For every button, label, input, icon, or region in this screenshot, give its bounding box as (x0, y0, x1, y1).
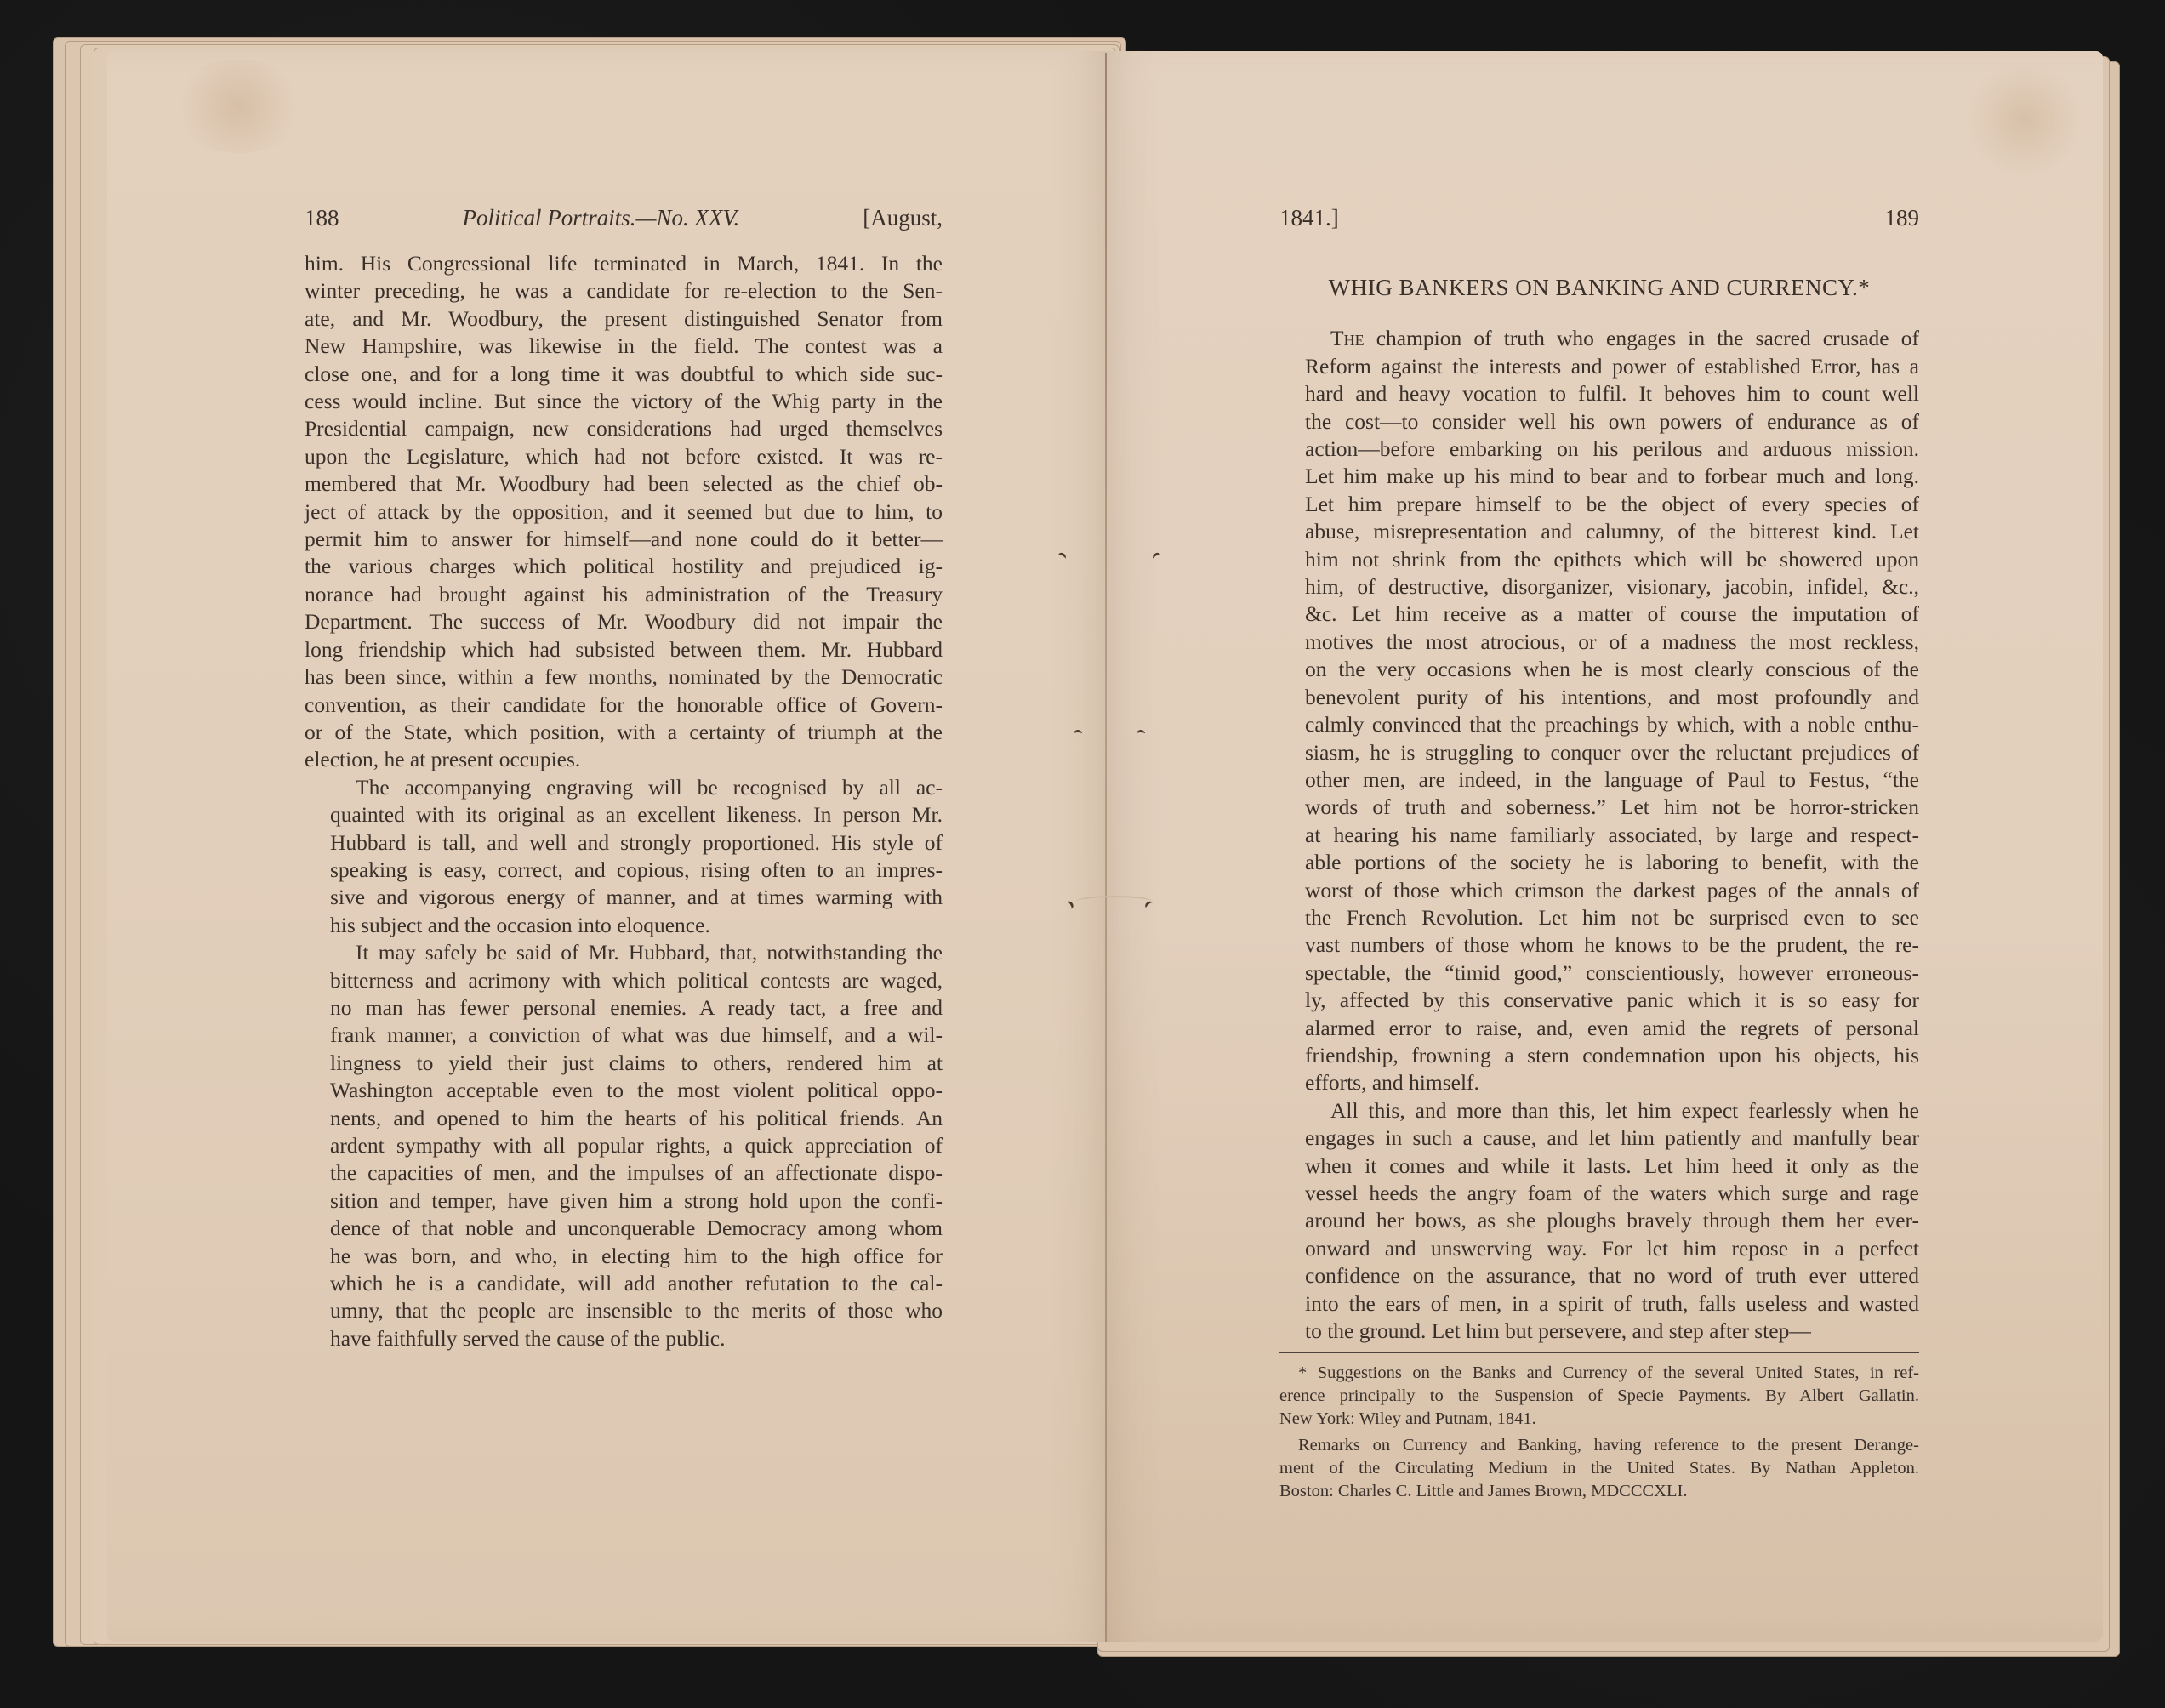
text-line: around her bows, as she ploughs bravely … (1279, 1207, 1919, 1234)
text-line: efforts, and himself. (1279, 1069, 1919, 1096)
text-line: winter preceding, he was a candidate for… (305, 277, 943, 305)
text-line: close one, and for a long time it was do… (305, 361, 943, 388)
text-line: Let him make up his mind to bear and to … (1279, 463, 1919, 490)
text-line: engages in such a cause, and let him pat… (1279, 1124, 1919, 1152)
text-line: election, he at present occupies. (305, 746, 943, 773)
text-line: have faithfully served the cause of the … (305, 1325, 943, 1352)
text-line: ject of attack by the opposition, and it… (305, 498, 943, 526)
text-line: vast numbers of those whom he knows to b… (1279, 931, 1919, 959)
footnotes: * Suggestions on the Banks and Currency … (1279, 1362, 1919, 1503)
footnote-line: erence principally to the Suspension of … (1279, 1385, 1919, 1408)
text-line: ly, affected by this conservative panic … (1279, 987, 1919, 1014)
text-line: into the ears of men, in a spirit of tru… (1279, 1290, 1919, 1318)
text-line: his subject and the occasion into eloque… (305, 912, 943, 939)
text-line: Presidential campaign, new consideration… (305, 415, 943, 442)
text-line: Reform against the interests and power o… (1279, 353, 1919, 380)
right-page-text: 1841.] 189 WHIG BANKERS ON BANKING AND C… (1279, 204, 1919, 1506)
text-line: has been since, within a few months, nom… (305, 663, 943, 691)
text-line: The accompanying engraving will be recog… (305, 774, 943, 801)
text-line: norance had brought against his administ… (305, 581, 943, 608)
text-line: vessel heeds the angry foam of the water… (1279, 1180, 1919, 1207)
text-line: permit him to answer for himself—and non… (305, 526, 943, 553)
footnote-entry: Remarks on Currency and Banking, having … (1279, 1434, 1919, 1503)
text-line: It may safely be said of Mr. Hubbard, th… (305, 939, 943, 966)
page-number: 189 (1885, 204, 1920, 231)
text-line: Washington acceptable even to the most v… (305, 1077, 943, 1104)
text-line: quainted with its original as an excelle… (305, 801, 943, 828)
binding-thread (1076, 896, 1153, 908)
running-head-right: 1841.] 189 (1279, 204, 1919, 238)
foxing-stain (1965, 60, 2084, 179)
right-body: The champion of truth who engages in the… (1279, 325, 1919, 1345)
text-line: him not shrink from the epithets which w… (1279, 546, 1919, 573)
text-line: All this, and more than this, let him ex… (1279, 1097, 1919, 1124)
text-line: onward and unswerving way. For let him r… (1279, 1235, 1919, 1262)
text-line: no man has fewer personal enemies. A rea… (305, 994, 943, 1022)
left-page-text: 188 Political Portraits.—No. XXV. [Augus… (305, 204, 943, 1352)
text-line: him, of destructive, disorganizer, visio… (1279, 573, 1919, 601)
text-line: upon the Legislature, which had not befo… (305, 443, 943, 470)
text-line: which he is a candidate, will add anothe… (305, 1270, 943, 1297)
page-number: 188 (305, 204, 339, 231)
text-line: worst of those which crimson the darkest… (1279, 877, 1919, 904)
left-body: him. His Congressional life terminated i… (305, 250, 943, 1352)
footnote-line: Remarks on Currency and Banking, having … (1279, 1434, 1919, 1457)
text-line: Let him prepare himself to be the object… (1279, 491, 1919, 518)
text-line: dence of that noble and unconquerable De… (305, 1215, 943, 1242)
paragraph: him. His Congressional life terminated i… (305, 250, 943, 774)
text-line: Hubbard is tall, and well and strongly p… (305, 829, 943, 857)
text-line: he was born, and who, in electing him to… (305, 1243, 943, 1270)
text-line: &c. Let him receive as a matter of cours… (1279, 601, 1919, 628)
text-line: nents, and opened to him the hearts of h… (305, 1105, 943, 1132)
text-line: convention, as their candidate for the h… (305, 692, 943, 719)
text-line: Department. The success of Mr. Woodbury … (305, 608, 943, 635)
paragraph: The accompanying engraving will be recog… (305, 774, 943, 939)
running-date: [August, (863, 204, 943, 231)
paragraph: All this, and more than this, let him ex… (1279, 1097, 1919, 1346)
text-line: ardent sympathy with all popular rights,… (305, 1132, 943, 1159)
text-line: alarmed error to raise, and, even amid t… (1279, 1015, 1919, 1042)
footnote-entry: * Suggestions on the Banks and Currency … (1279, 1362, 1919, 1431)
text-line: on the very occasions when he is most cl… (1279, 656, 1919, 683)
text-line: abuse, misrepresentation and calumny, of… (1279, 518, 1919, 545)
text-line: umny, that the people are insensible to … (305, 1297, 943, 1324)
text-line: the various charges which political host… (305, 553, 943, 580)
article-title: WHIG BANKERS ON BANKING AND CURRENCY.* (1279, 274, 1919, 301)
drop-smallcaps: The (1330, 326, 1365, 350)
text-line: able portions of the society he is labor… (1279, 849, 1919, 876)
text-line: benevolent purity of his intentions, and… (1279, 684, 1919, 711)
paragraph: It may safely be said of Mr. Hubbard, th… (305, 939, 943, 1352)
text-line: action—before embarking on his perilous … (1279, 436, 1919, 463)
text-line: siasm, he is struggling to conquer over … (1279, 739, 1919, 766)
text-line: speaking is easy, correct, and copious, … (305, 857, 943, 884)
foxing-stain (170, 60, 306, 153)
text-line: frank manner, a conviction of what was d… (305, 1022, 943, 1049)
text-line: at hearing his name familiarly associate… (1279, 822, 1919, 849)
text-line: or of the State, which position, with a … (305, 719, 943, 746)
text-line: words of truth and soberness.” Let him n… (1279, 794, 1919, 821)
footnote-rule (1279, 1352, 1919, 1353)
paragraph: The champion of truth who engages in the… (1279, 325, 1919, 1096)
text-line: him. His Congressional life terminated i… (305, 250, 943, 277)
text-line: long friendship which had subsisted betw… (305, 636, 943, 663)
footnote-line: New York: Wiley and Putnam, 1841. (1279, 1408, 1919, 1431)
text-line: membered that Mr. Woodbury had been sele… (305, 470, 943, 498)
text-line: sive and vigorous energy of manner, and … (305, 884, 943, 911)
text-line: the cost—to consider well his own powers… (1279, 408, 1919, 436)
binding-stitch (1074, 730, 1082, 737)
footnote-line: Boston: Charles C. Little and James Brow… (1279, 1480, 1919, 1503)
text-line: lingness to yield their just claims to o… (305, 1050, 943, 1077)
text-line: calmly convinced that the preachings by … (1279, 711, 1919, 738)
text-line: sition and temper, have given him a stro… (305, 1187, 943, 1215)
footnote-line: ment of the Circulating Medium in the Un… (1279, 1457, 1919, 1480)
text-line: friendship, frowning a stern condemnatio… (1279, 1042, 1919, 1069)
binding-stitch (1137, 730, 1145, 737)
text-line: hard and heavy vocation to fulfil. It be… (1279, 380, 1919, 407)
text-line: bitterness and acrimony with which polit… (305, 967, 943, 994)
footnote-line: * Suggestions on the Banks and Currency … (1279, 1362, 1919, 1385)
text-line: cess would incline. But since the victor… (305, 388, 943, 415)
text-line: other men, are indeed, in the language o… (1279, 766, 1919, 794)
text-line: the capacities of men, and the impulses … (305, 1159, 943, 1187)
text-line: ate, and Mr. Woodbury, the present disti… (305, 305, 943, 333)
text-line: to the ground. Let him but persevere, an… (1279, 1318, 1919, 1345)
text-line: The champion of truth who engages in the… (1279, 325, 1919, 352)
text-line: New Hampshire, was likewise in the field… (305, 333, 943, 360)
running-title: Political Portraits.—No. XXV. (462, 204, 739, 231)
text-line: spectable, the “timid good,” conscientio… (1279, 959, 1919, 987)
running-head-left: 188 Political Portraits.—No. XXV. [Augus… (305, 204, 943, 238)
spine-gutter (1105, 53, 1107, 1642)
text-line: motives the most atrocious, or of a madn… (1279, 629, 1919, 656)
running-date: 1841.] (1279, 204, 1339, 231)
text-line: the French Revolution. Let him not be su… (1279, 904, 1919, 931)
text-line: when it comes and while it lasts. Let hi… (1279, 1153, 1919, 1180)
text-line: confidence on the assurance, that no wor… (1279, 1262, 1919, 1290)
